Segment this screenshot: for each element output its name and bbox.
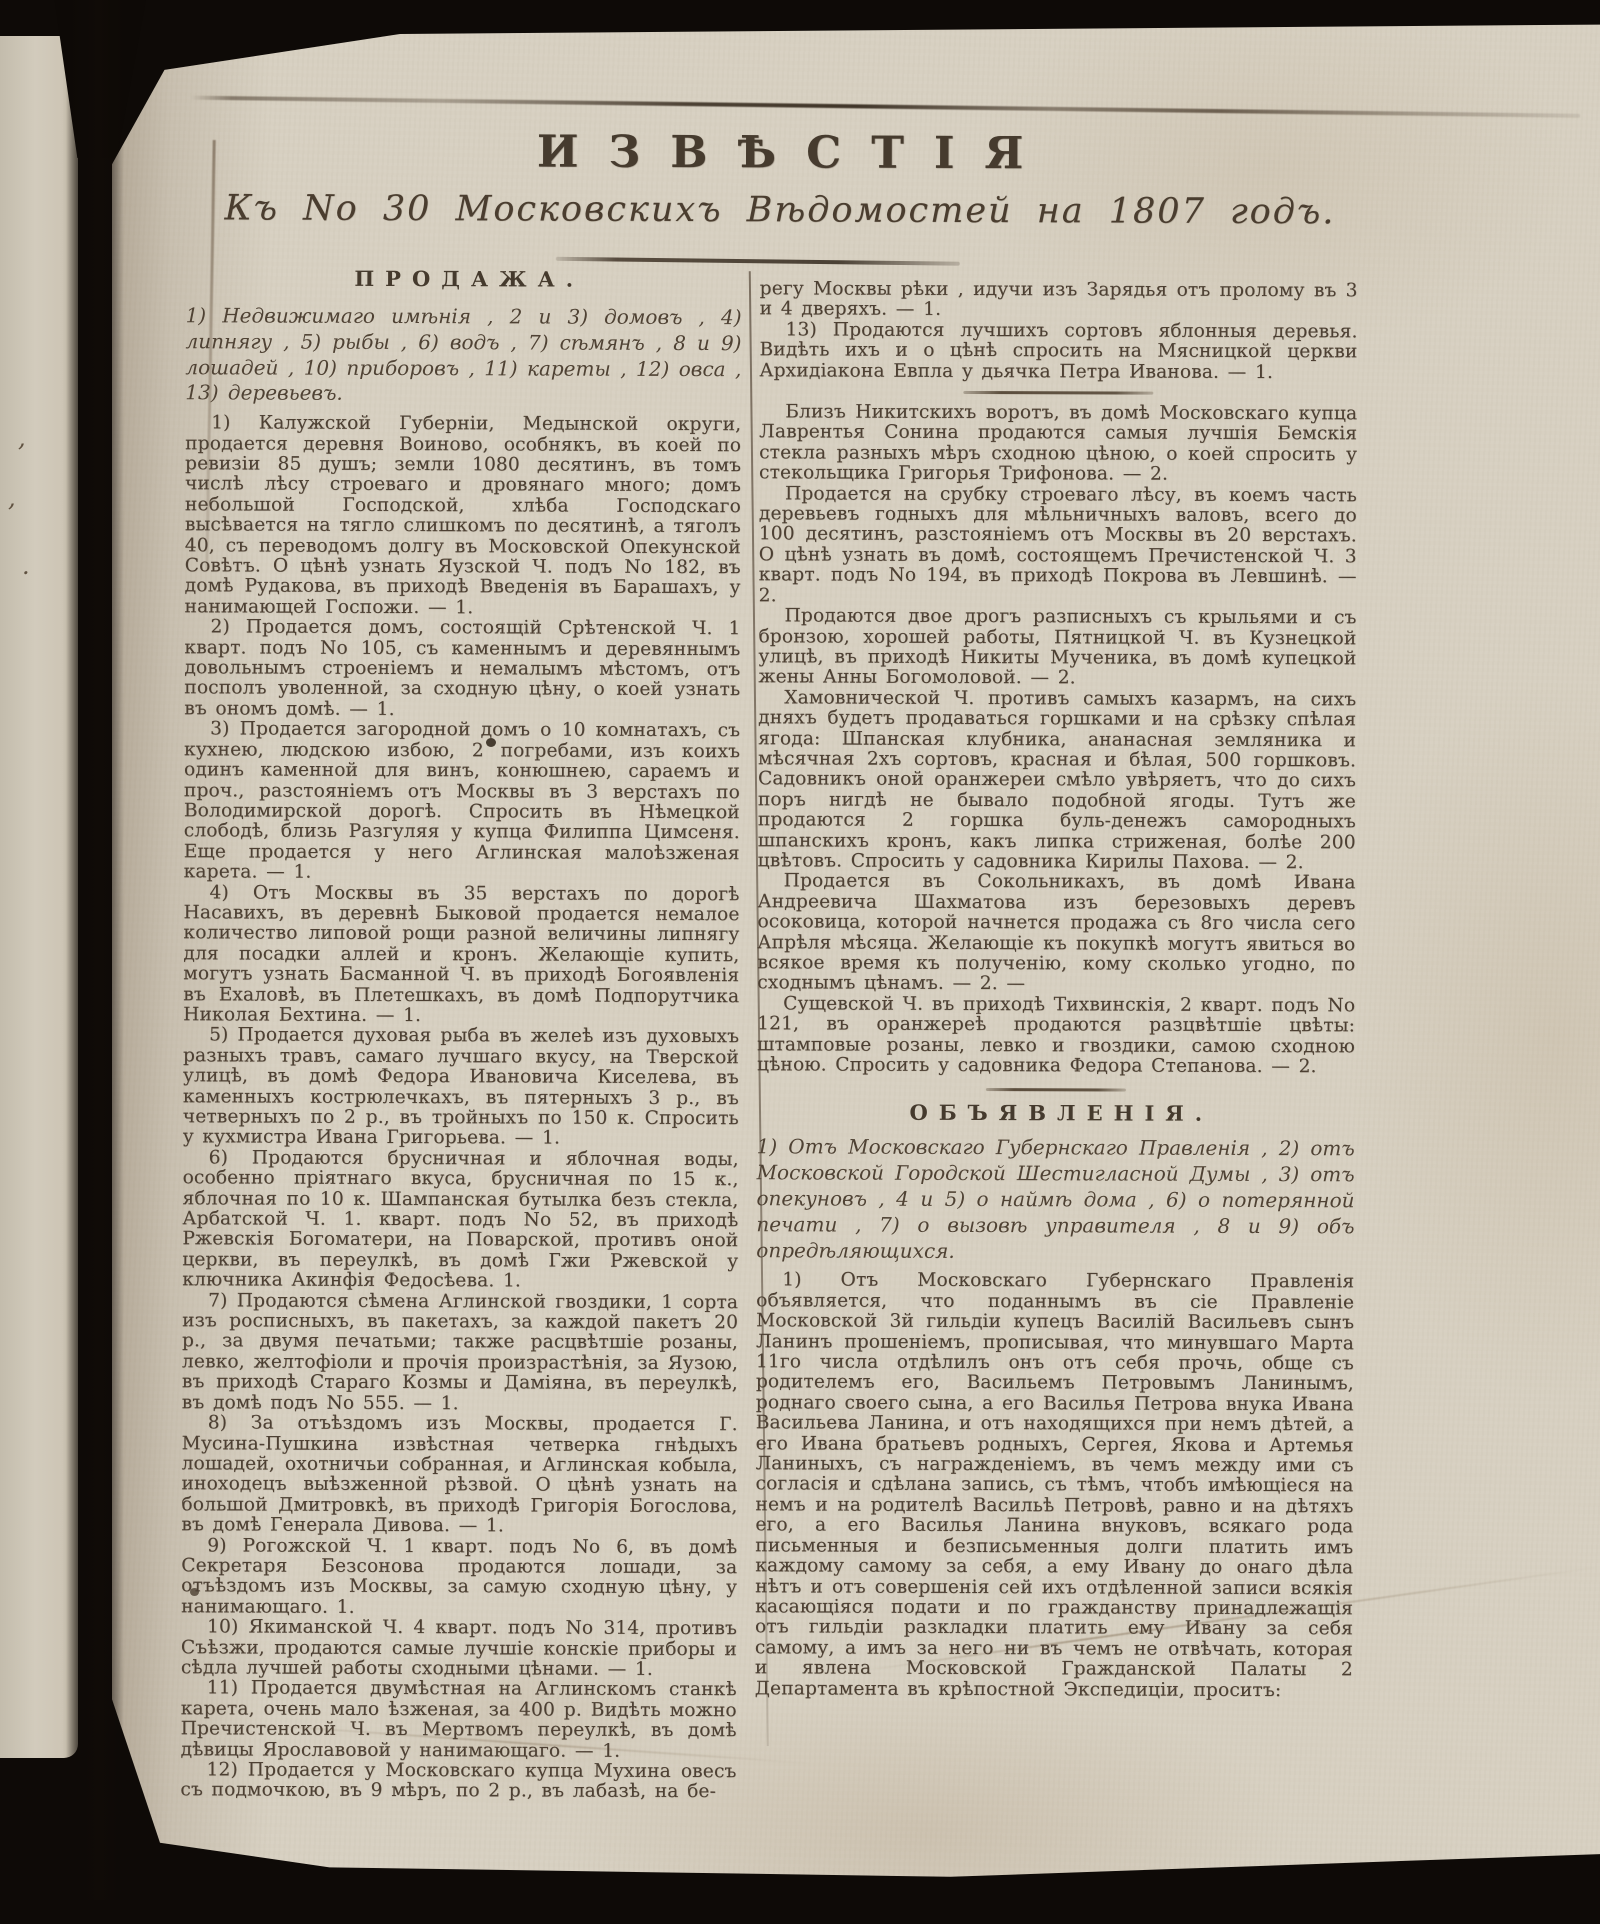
- announcements-index: 1) Отъ Московскаго Губернскаго Правленія…: [756, 1135, 1354, 1266]
- separator-rule: [986, 1088, 1126, 1091]
- sale-item-12-continuation: регу Москвы рѣки , идучи изъ Зарядья отъ…: [760, 279, 1358, 322]
- separator-rule: [963, 391, 1153, 395]
- left-column: ПРОДАЖА. 1) Недвижимаго имѣнія , 2 и 3) …: [180, 265, 741, 1803]
- sale-item-4: 4) Отъ Москвы въ 35 верстахъ по дорогѣ Н…: [183, 883, 739, 1028]
- sale-index: 1) Недвижимаго имѣнія , 2 и 3) домовъ , …: [185, 303, 741, 408]
- printed-content: ИЗВѢСТІЯ Къ No 30 Московскихъ Вѣдомостей…: [0, 0, 1600, 1924]
- masthead: ИЗВѢСТІЯ Къ No 30 Московскихъ Вѣдомостей…: [190, 125, 1370, 232]
- notice-carts: Продаются двое дрогъ разписныхъ съ крыль…: [758, 606, 1356, 690]
- sale-item-11: 11) Продается двумѣстная на Аглинскомъ с…: [181, 1679, 737, 1763]
- sale-section-heading: ПРОДАЖА.: [186, 265, 742, 292]
- sale-item-6: 6) Продаются брусничная и яблочная воды,…: [182, 1148, 738, 1293]
- top-rule: [190, 96, 1580, 118]
- notice-berries: Хамовнической Ч. противъ самыхъ казармъ,…: [758, 688, 1357, 874]
- notice-timber: Продается на срубку строеваго лѣсу, въ к…: [759, 484, 1357, 609]
- sale-item-10: 10) Якиманской Ч. 4 кварт. подъ No 314, …: [181, 1617, 737, 1680]
- right-column: регу Москвы рѣки , идучи изъ Зарядья отъ…: [755, 279, 1358, 1701]
- sale-item-8: 8) За отъѣздомъ изъ Москвы, продается Г.…: [181, 1413, 737, 1537]
- sale-item-13: 13) Продаются лучшихъ сортовъ яблонныя д…: [759, 320, 1357, 383]
- sale-item-9: 9) Рогожской Ч. 1 кварт. подъ No 6, въ д…: [181, 1536, 737, 1620]
- sale-item-3: 3) Продается загородной домъ о 10 комнат…: [184, 720, 741, 885]
- announcement-1: 1) Отъ Московскаго Губернскаго Правленія…: [755, 1271, 1354, 1702]
- sale-item-12: 12) Продается у Московскаго купца Мухина…: [180, 1760, 736, 1803]
- page-title: ИЗВѢСТІЯ: [190, 125, 1370, 180]
- sale-item-5: 5) Продается духовая рыба въ желеѣ изъ д…: [183, 1026, 739, 1150]
- notice-glass: Близъ Никитскихъ воротъ, въ домѣ Московс…: [759, 402, 1357, 486]
- notice-sokolniki: Продается въ Сокольникахъ, въ домѣ Ивана…: [757, 872, 1355, 997]
- sale-item-7: 7) Продаются сѣмена Аглинской гвоздики, …: [182, 1291, 738, 1415]
- sale-item-2: 2) Продается домъ, состоящій Срѣтенской …: [184, 618, 740, 722]
- page-subtitle: Къ No 30 Московскихъ Вѣдомостей на 1807 …: [190, 188, 1370, 232]
- notice-flowers: Сущевской Ч. въ приходѣ Тихвинскія, 2 кв…: [757, 994, 1355, 1078]
- masthead-rule: [556, 257, 960, 266]
- announcements-section-heading: ОБЪЯВЛЕНІЯ.: [757, 1100, 1355, 1127]
- sale-item-1: 1) Калужской Губерніи, Медынской округи,…: [185, 413, 742, 619]
